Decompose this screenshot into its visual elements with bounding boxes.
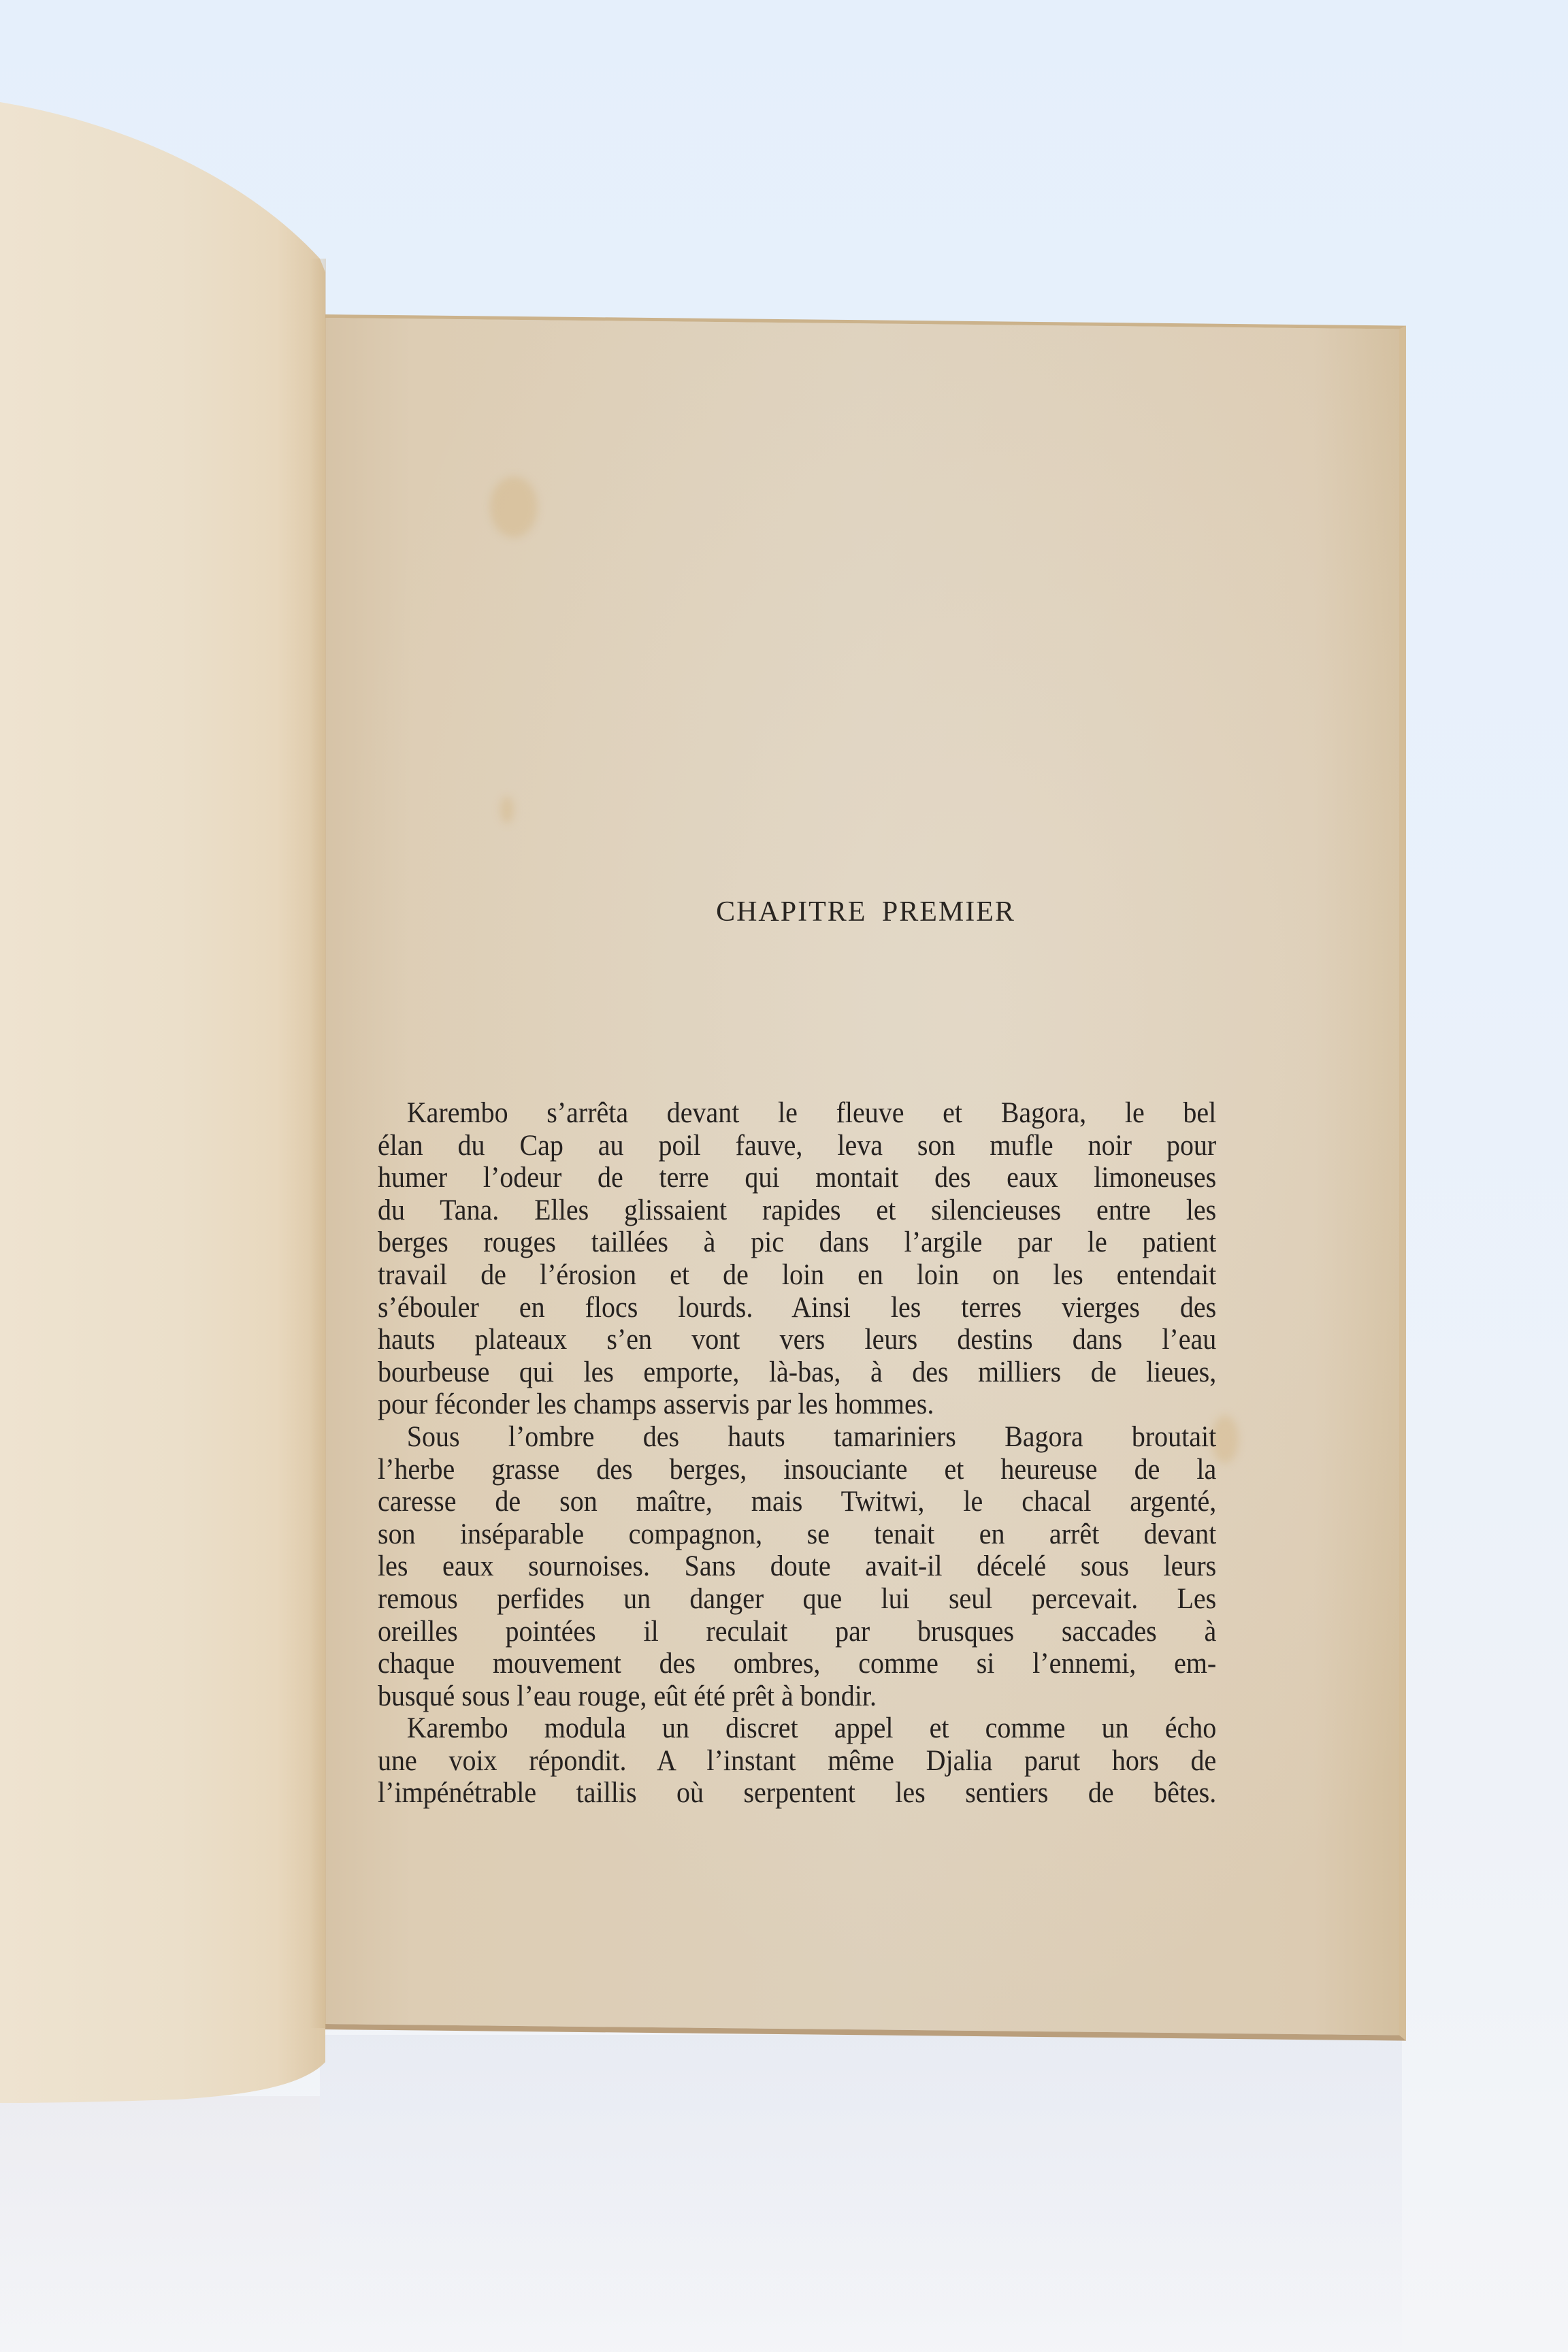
text-line: humer l’odeur de terre qui montait des e… (378, 1162, 1216, 1194)
text-line: les eaux sournoises. Sans doute avait-il… (378, 1550, 1216, 1583)
text-line: Sous l’ombre des hauts tamariniers Bagor… (378, 1421, 1216, 1454)
text-line: Karembo modula un discret appel et comme… (378, 1712, 1216, 1745)
text-line: travail de l’érosion et de loin en loin … (378, 1259, 1216, 1292)
text-line: son inséparable compagnon, se tenait en … (378, 1518, 1216, 1551)
text-line: berges rouges taillées à pic dans l’argi… (378, 1226, 1216, 1259)
text-line: busqué sous l’eau rouge, eût été prêt à … (378, 1680, 1216, 1713)
text-line: oreilles pointées il reculait par brusqu… (378, 1616, 1216, 1648)
text-line: caresse de son maître, mais Twitwi, le c… (378, 1486, 1216, 1518)
left-page-edge-shadow (310, 259, 326, 2028)
text-line: remous perfides un danger que lui seul p… (378, 1583, 1216, 1616)
text-line: pour féconder les champs asservis par le… (378, 1388, 1216, 1421)
text-line: élan du Cap au poil fauve, leva son mufl… (378, 1130, 1216, 1162)
table-reflection (320, 2035, 1402, 2352)
text-line: Karembo s’arrêta devant le fleuve et Bag… (378, 1097, 1216, 1130)
text-line: une voix répondit. A l’instant même Djal… (378, 1745, 1216, 1778)
chapter-title: CHAPITRE PREMIER (325, 896, 1406, 928)
foxing-stain (500, 796, 514, 823)
text-line: hauts plateaux s’en vont vers leurs dest… (378, 1324, 1216, 1356)
body-text: Karembo s’arrêta devant le fleuve et Bag… (378, 1097, 1158, 1810)
text-line: du Tana. Elles glissaient rapides et sil… (378, 1194, 1216, 1227)
text-line: bourbeuse qui les emporte, là-bas, à des… (378, 1356, 1216, 1389)
text-line: s’ébouler en flocs lourds. Ainsi les ter… (378, 1292, 1216, 1324)
foxing-stain (490, 476, 538, 538)
left-page-curled (0, 102, 325, 2103)
table-reflection-left (0, 2096, 320, 2352)
text-line: l’herbe grasse des berges, insouciante e… (378, 1454, 1216, 1486)
text-line: chaque mouvement des ombres, comme si l’… (378, 1648, 1216, 1680)
text-line: l’impénétrable taillis où serpentent les… (378, 1777, 1216, 1810)
